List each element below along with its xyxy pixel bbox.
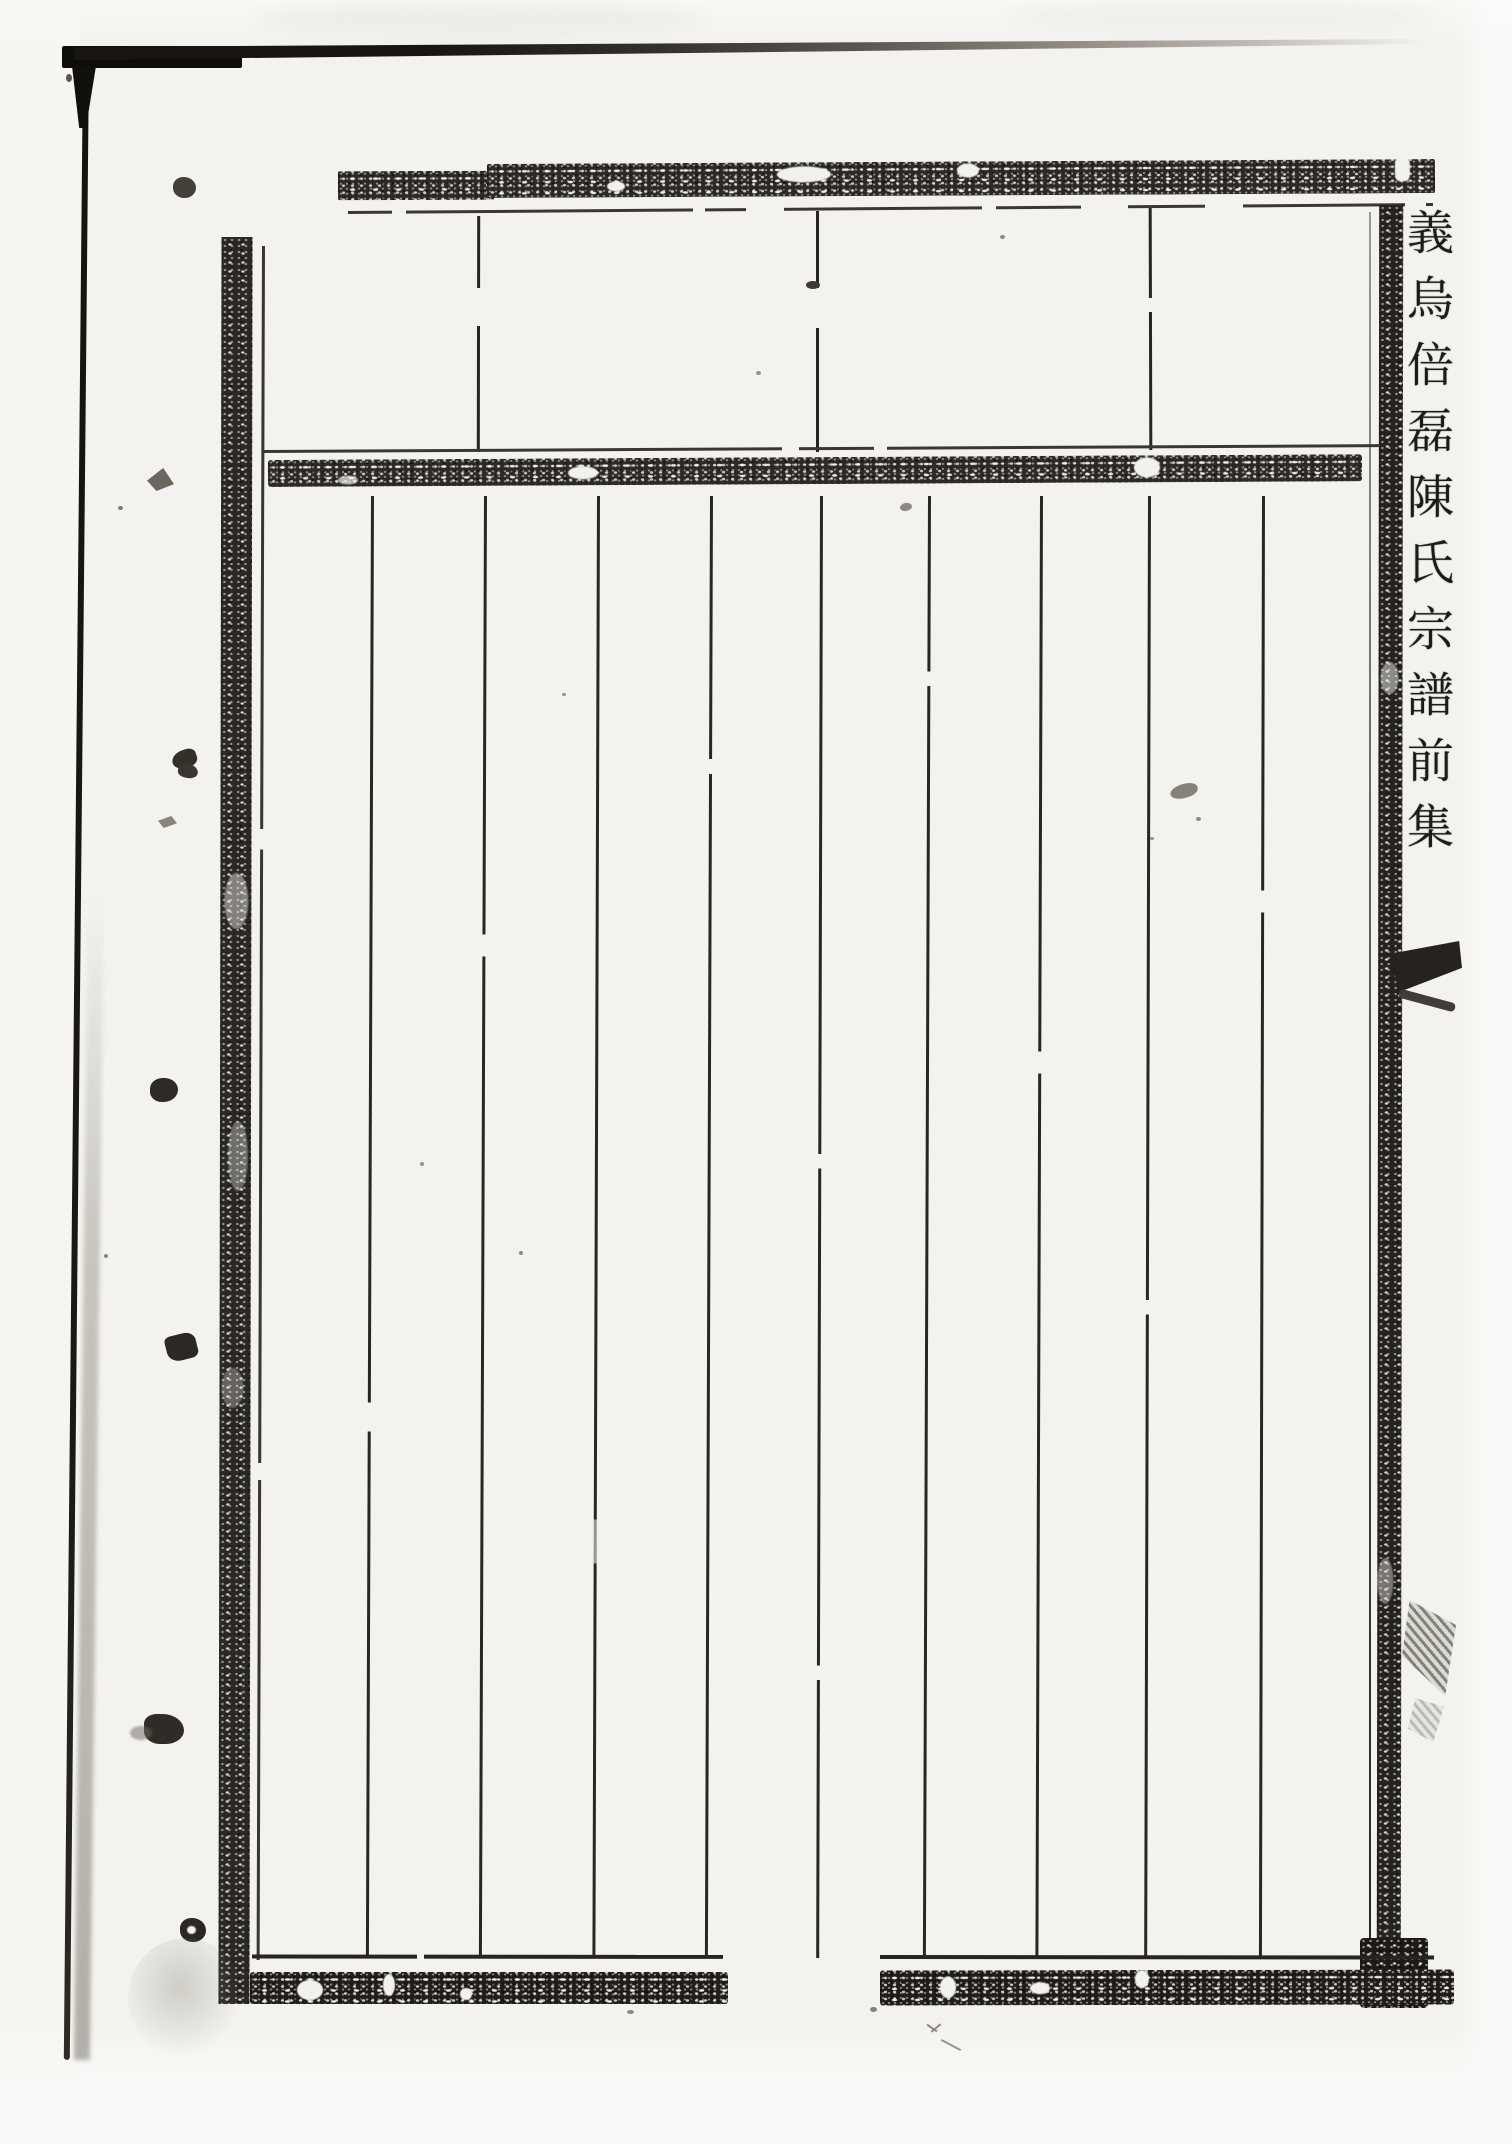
spine-title: 義烏倍磊陳氏宗譜前集 xyxy=(1392,208,1458,928)
frame-bottom-bar-left xyxy=(250,1972,728,2004)
frame-bottom-bar-right xyxy=(880,1969,1454,2005)
margin-ink-blot xyxy=(177,762,199,780)
margin-ink-blot xyxy=(158,816,177,828)
spine-tiny-speck xyxy=(66,74,72,82)
left-border-worn-patch xyxy=(221,1368,243,1408)
page-scan: 義烏倍磊陳氏宗譜前集 xyxy=(0,0,1512,2144)
interior-smudge xyxy=(899,502,912,512)
grid-column-line xyxy=(592,496,599,1958)
margin-ink-blot xyxy=(173,177,196,198)
header-column-line xyxy=(816,211,819,452)
margin-tiny-speck xyxy=(118,506,123,510)
top-bar-paper-bite xyxy=(607,181,625,191)
grid-column-line xyxy=(1035,496,1042,1958)
top-bar-paper-bite xyxy=(1395,157,1410,181)
margin-ink-blot xyxy=(163,1331,199,1364)
header-line-ink-knot xyxy=(806,281,820,289)
header-bar-paper-bite xyxy=(338,475,358,484)
frame-top-bar-main-segment xyxy=(487,159,1435,198)
interior-tiny-speck xyxy=(1150,837,1154,840)
grid-column-line xyxy=(366,496,374,1958)
right-border-worn-patch xyxy=(1377,1558,1393,1604)
bottom-margin-speck xyxy=(627,2010,634,2014)
top-bar-paper-bite xyxy=(957,163,979,177)
bottom-thin-rule xyxy=(252,1954,1434,1959)
interior-smudge xyxy=(1169,781,1200,801)
header-band-bar xyxy=(268,454,1362,487)
inner-left-rule xyxy=(257,246,265,1960)
paper-right-edge xyxy=(1456,0,1512,2144)
header-band-thin-rule xyxy=(262,444,1380,452)
bottom-bar-paper-bite xyxy=(383,1974,395,1996)
header-band xyxy=(262,442,1384,490)
interior-tiny-speck xyxy=(1000,235,1005,239)
grid-column-line xyxy=(923,496,931,1958)
bottom-bar-paper-bite xyxy=(940,1976,956,1998)
interior-tiny-speck xyxy=(562,693,566,696)
margin-ink-blot xyxy=(147,468,174,491)
right-margin-abrasion-tail xyxy=(1408,1698,1444,1742)
paper-bottom-margin xyxy=(0,2026,1512,2144)
grid-column-line xyxy=(816,496,822,1958)
top-thin-rule xyxy=(348,203,1433,214)
grid-column-line xyxy=(1144,496,1150,1958)
grid-column-line xyxy=(479,496,487,1958)
margin-gray-wash xyxy=(128,1938,243,2058)
left-border-worn-patch xyxy=(224,873,248,929)
margin-tiny-speck xyxy=(104,1254,108,1258)
bottom-bar-paper-bite xyxy=(1135,1970,1149,1988)
top-bar-paper-bite xyxy=(777,166,831,182)
grid-column-line xyxy=(1259,496,1265,1958)
bottom-margin-speck xyxy=(870,2007,877,2012)
interior-tiny-speck xyxy=(756,371,761,375)
top-right-smudge xyxy=(1000,0,1440,30)
interior-tiny-speck xyxy=(1196,817,1201,821)
header-column-line xyxy=(1149,208,1152,450)
blot-paper-hole xyxy=(187,1926,196,1934)
header-bar-paper-bite xyxy=(568,466,598,479)
interior-tiny-speck xyxy=(519,1251,523,1255)
frame-left-border xyxy=(218,237,252,2004)
top-margin-smudge xyxy=(250,2,710,34)
header-column-line xyxy=(477,216,480,452)
title-corner-ink-stroke xyxy=(1398,989,1456,1013)
left-border-worn-patch xyxy=(228,1120,248,1190)
header-bar-paper-bite xyxy=(1134,457,1160,477)
bottom-bar-paper-bite xyxy=(460,1988,472,2000)
bottom-bar-paper-bite xyxy=(297,1980,323,2000)
frame-top-bar-left-segment xyxy=(338,171,494,201)
right-margin-abrasion-patch xyxy=(1402,1600,1456,1696)
bottom-bar-paper-bite xyxy=(1030,1982,1050,1994)
margin-ink-blot xyxy=(150,1078,178,1102)
grid-column-line xyxy=(705,496,713,1958)
interior-tiny-speck xyxy=(420,1162,424,1166)
margin-ink-blot-tail xyxy=(130,1726,152,1740)
